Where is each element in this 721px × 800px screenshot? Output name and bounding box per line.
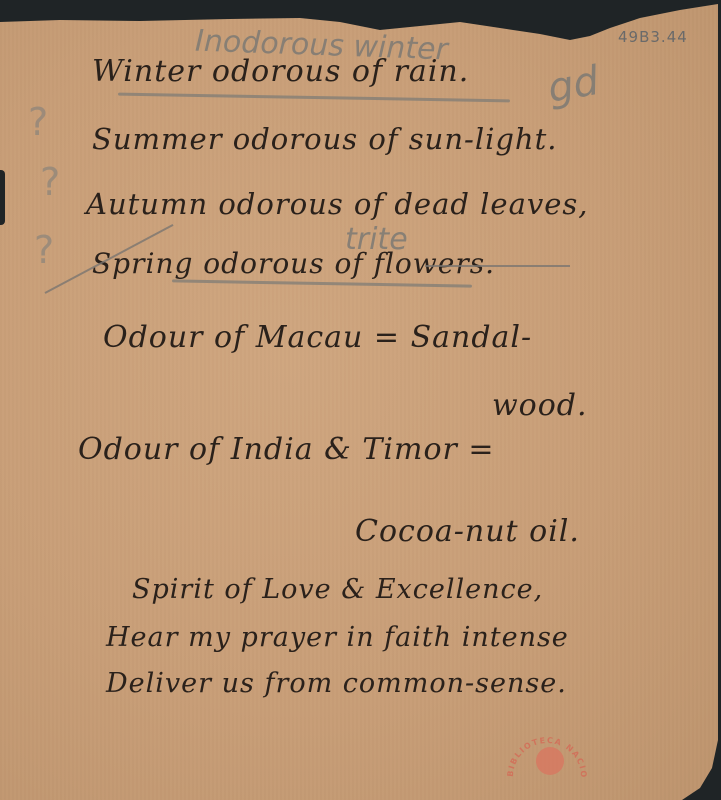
manuscript-line: Odour of India & Timor =	[78, 432, 495, 467]
stamp-seal-icon	[536, 747, 564, 775]
manuscript-line: Cocoa-nut oil.	[355, 514, 580, 549]
binding-shadow	[0, 170, 5, 225]
catalog-number: 49B3.44	[618, 28, 688, 46]
manuscript-line: Hear my prayer in faith intense	[106, 622, 569, 653]
manuscript-line: Winter odorous of rain.	[92, 54, 469, 89]
manuscript-line: Spirit of Love & Excellence,	[132, 574, 543, 605]
manuscript-line: Summer odorous of sun-light.	[92, 122, 557, 156]
pencil-question-mark: ?	[40, 160, 60, 204]
manuscript-page: 49B3.44 Inodorous winter Winter odorous …	[0, 0, 718, 800]
manuscript-line: Autumn odorous of dead leaves,	[86, 187, 589, 221]
pencil-question-mark: ?	[34, 228, 54, 272]
manuscript-line: wood.	[492, 388, 588, 423]
pencil-strikethrough	[425, 265, 570, 267]
library-stamp: BIBLIOTECA NACIONAL	[505, 717, 587, 789]
pencil-underline	[172, 279, 472, 287]
pencil-mark-gd: gd	[544, 58, 602, 112]
pencil-underline	[118, 93, 510, 103]
manuscript-line-struck: Spring odorous of flowers.	[92, 247, 495, 280]
pencil-question-mark: ?	[28, 100, 48, 144]
manuscript-line: Odour of Macau = Sandal-	[103, 320, 532, 355]
manuscript-line: Deliver us from common-sense.	[106, 668, 567, 699]
